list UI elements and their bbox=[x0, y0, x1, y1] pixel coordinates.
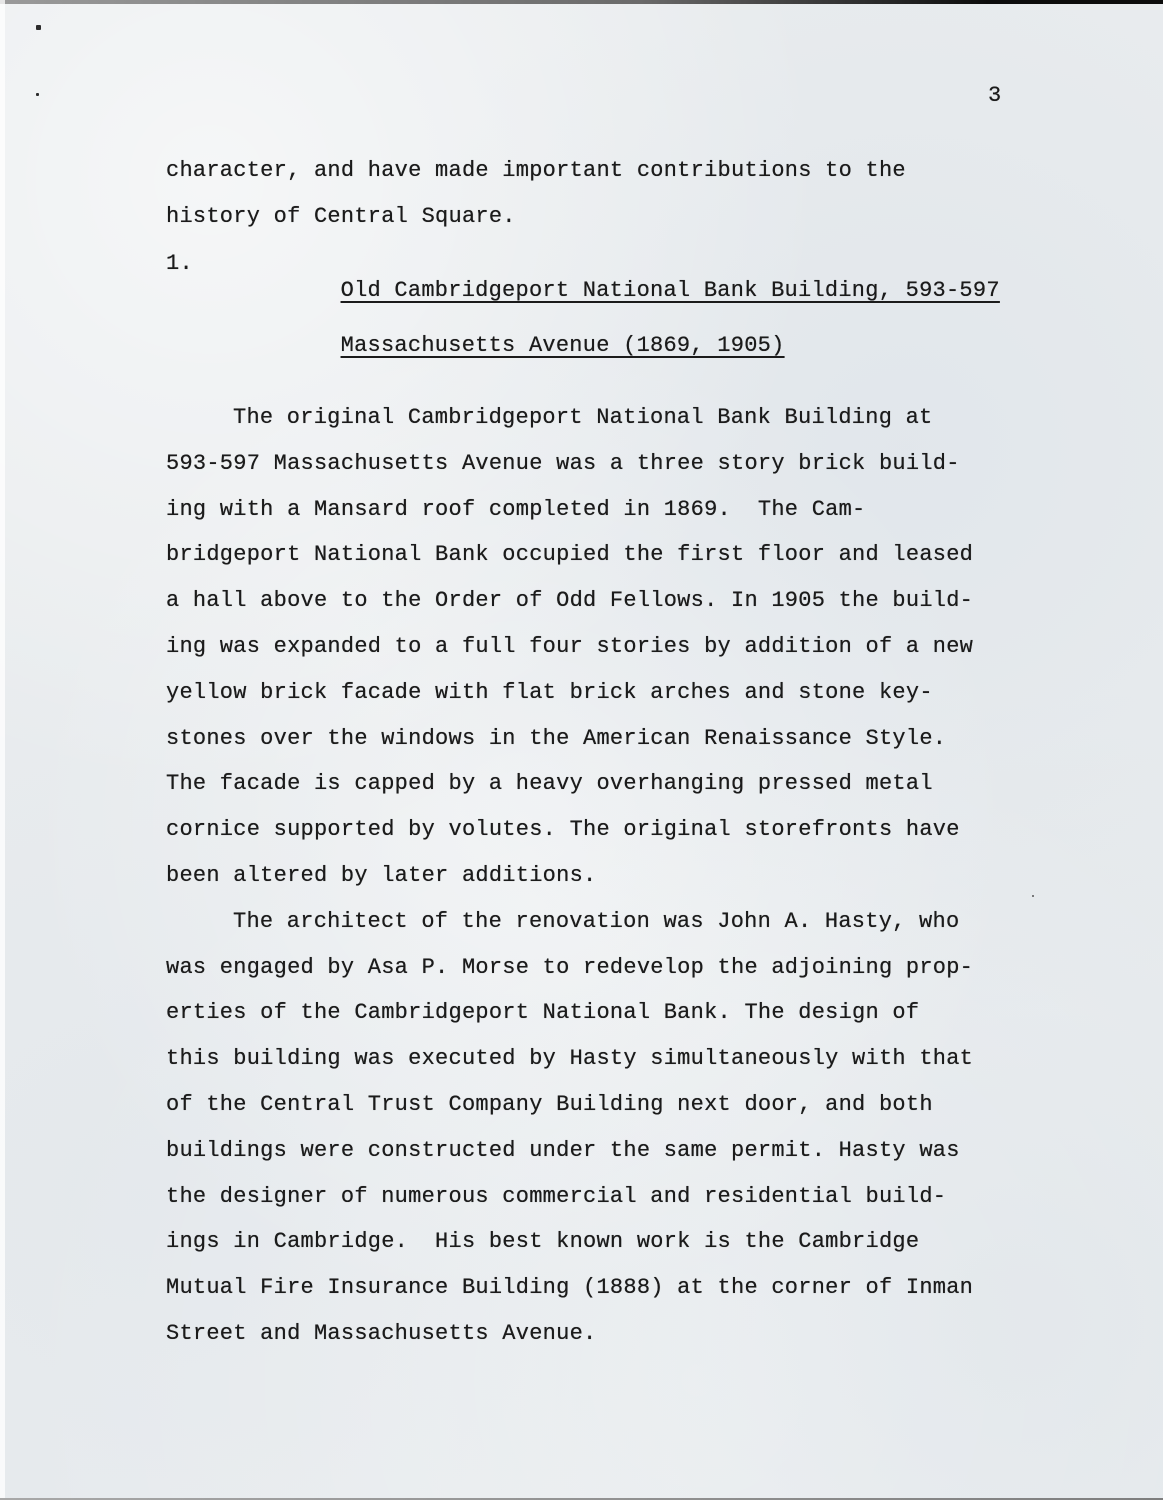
body-line: a hall above to the Order of Odd Fellows… bbox=[166, 578, 1036, 624]
ink-speck bbox=[36, 93, 39, 96]
scanned-document-page: 3 character, and have made important con… bbox=[0, 0, 1163, 1500]
intro-line: character, and have made important contr… bbox=[166, 148, 1036, 194]
body-line: buildings were constructed under the sam… bbox=[166, 1128, 1036, 1174]
section-heading: 1. Old Cambridgeport National Bank Build… bbox=[166, 250, 1036, 388]
body-line: erties of the Cambridgeport National Ban… bbox=[166, 990, 1036, 1036]
body-line: cornice supported by volutes. The origin… bbox=[166, 807, 1036, 853]
body-line: Street and Massachusetts Avenue. bbox=[166, 1311, 1036, 1357]
body-line: was engaged by Asa P. Morse to redevelop… bbox=[166, 945, 1036, 991]
document-text: character, and have made important contr… bbox=[166, 148, 1036, 1357]
body-line: ings in Cambridge. His best known work i… bbox=[166, 1219, 1036, 1265]
body-line: stones over the windows in the American … bbox=[166, 716, 1036, 762]
section-title-line: Old Cambridgeport National Bank Building… bbox=[341, 278, 1000, 303]
section-title-line: Massachusetts Avenue (1869, 1905) bbox=[341, 333, 785, 358]
body-line: The original Cambridgeport National Bank… bbox=[166, 395, 1036, 441]
body-line: this building was executed by Hasty simu… bbox=[166, 1036, 1036, 1082]
body-line: 593-597 Massachusetts Avenue was a three… bbox=[166, 441, 1036, 487]
body-line: Mutual Fire Insurance Building (1888) at… bbox=[166, 1265, 1036, 1311]
ink-speck bbox=[36, 25, 41, 30]
scan-edge-left bbox=[0, 0, 5, 1500]
body-line: the designer of numerous commercial and … bbox=[166, 1174, 1036, 1220]
body-line: bridgeport National Bank occupied the fi… bbox=[166, 532, 1036, 578]
scan-edge-top bbox=[0, 0, 1163, 4]
section-number: 1. bbox=[166, 250, 233, 388]
page-number: 3 bbox=[988, 84, 1001, 108]
body-line: been altered by later additions. bbox=[166, 853, 1036, 899]
body-line: ing with a Mansard roof completed in 186… bbox=[166, 487, 1036, 533]
body-line: The architect of the renovation was John… bbox=[166, 899, 1036, 945]
body-line: yellow brick facade with flat brick arch… bbox=[166, 670, 1036, 716]
body-line: of the Central Trust Company Building ne… bbox=[166, 1082, 1036, 1128]
body-line: The facade is capped by a heavy overhang… bbox=[166, 761, 1036, 807]
section-title: Old Cambridgeport National Bank Building… bbox=[233, 250, 1000, 388]
intro-line: history of Central Square. bbox=[166, 194, 1036, 240]
body-line: ing was expanded to a full four stories … bbox=[166, 624, 1036, 670]
